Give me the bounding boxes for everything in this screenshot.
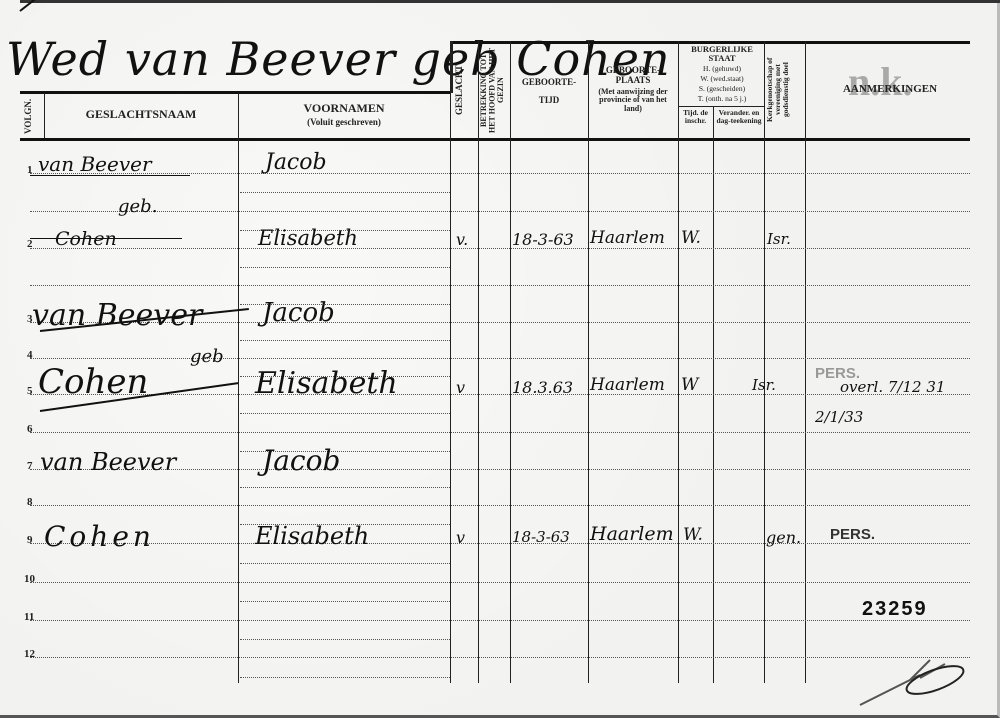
header-verander: Verander. en dag-teekening (714, 109, 764, 125)
entry-4-sex: v (456, 378, 465, 397)
header-geboorteplaats-2: PLAATS (590, 76, 676, 85)
voornamen-half-rule (240, 639, 450, 640)
col-line-geslacht (478, 41, 479, 683)
entry-5-surname: van Beever (40, 448, 176, 476)
header-kerkgenootschap: Kerkgenootschap of vereeniging met godsd… (766, 44, 804, 136)
row-rule (30, 582, 970, 583)
row-number-5: 5 (27, 385, 33, 397)
entry-4-birth-date: 18.3.63 (512, 378, 573, 397)
row-rule (30, 173, 970, 174)
header-burgerlijke-staat: BURGERLIJKE STAAT (680, 45, 764, 63)
header-aanmerkingen: AANMERKINGEN (810, 84, 970, 96)
row-number-8: 8 (27, 496, 33, 508)
entry-4-civil-status: W (681, 375, 698, 395)
row-number-4: 4 (27, 349, 33, 361)
voornamen-half-rule (240, 601, 450, 602)
voornamen-half-rule (240, 340, 450, 341)
card-top-edge (20, 0, 1000, 3)
voornamen-half-rule (240, 563, 450, 564)
row-number-10: 10 (24, 573, 35, 585)
row-rule (30, 248, 970, 249)
registration-card: Wed van Beever geb Cohen VOLGN. GESLACHT… (0, 0, 1000, 718)
entry-6-civil-status: W. (683, 525, 703, 545)
row-number-6: 6 (27, 423, 33, 435)
header-bottom-line (20, 138, 970, 141)
row-rule (30, 543, 970, 544)
col-line-volgn (44, 93, 45, 138)
entry-4-birth-place: Haarlem (590, 375, 665, 395)
row-rule (30, 211, 970, 212)
row-number-7: 7 (27, 460, 33, 472)
entry-6-birth-place: Haarlem (590, 523, 674, 545)
row-rule (30, 358, 970, 359)
entry-6-birth-date: 18-3-63 (512, 528, 570, 546)
entry-6-given: Elisabeth (255, 522, 369, 550)
entry-2-birth-place: Haarlem (590, 228, 665, 248)
row-number-2: 2 (27, 238, 33, 250)
entry-1-strike (30, 175, 190, 176)
col-line-tijd (713, 107, 714, 683)
voornamen-half-rule (240, 192, 450, 193)
row-number-9: 9 (27, 534, 33, 546)
entry-4-prefix: geb (190, 346, 224, 367)
header-geboortetijd-2: TIJD (512, 96, 586, 105)
entry-2-sex: v. (456, 230, 468, 249)
row-rule (30, 285, 970, 286)
header-betrekking: BETREKKING TOT HET HOOFD VAN HET GEZIN (480, 44, 508, 136)
header-voornamen: VOORNAMEN (240, 102, 448, 115)
header-geslacht: GESLACHT (455, 50, 475, 130)
col-line-geboorteplaats (678, 41, 679, 683)
header-geslachtsnaam: GESLACHTSNAAM (46, 108, 236, 121)
row-rule (30, 394, 970, 395)
entry-2-given: Elisabeth (258, 226, 358, 250)
header-step-line (450, 41, 453, 93)
entry-6-surname: Cohen (44, 520, 155, 553)
entry-2-civil-status: W. (681, 228, 701, 248)
col-line-geboortetijd (588, 41, 589, 683)
card-number: 23259 (862, 598, 928, 621)
row-rule (30, 620, 970, 621)
voornamen-bottom-rule (240, 677, 450, 678)
entry-2-strike (30, 238, 182, 239)
header-bs-s: S. (gescheiden) (680, 85, 764, 93)
row-number-12: 12 (24, 648, 35, 660)
header-bs-w: W. (wed.staat) (680, 75, 764, 83)
header-top-line-left (20, 91, 450, 94)
stamp-pers: PERS. (830, 526, 875, 543)
entry-6-religion: gen. (766, 528, 801, 547)
entry-2-prefix: geb. (118, 196, 157, 217)
header-voornamen-sub: (Voluit geschreven) (240, 118, 448, 127)
row-rule (30, 505, 970, 506)
row-rule (30, 657, 970, 658)
entry-4-given: Elisabeth (255, 366, 398, 401)
header-geboorteplaats-sub: (Met aanwijzing der provincie of van het… (592, 88, 674, 113)
entry-2-surname: Cohen (55, 228, 117, 250)
col-line-voornamen (450, 93, 451, 683)
voornamen-half-rule (240, 413, 450, 414)
entry-4-remark: overl. 7/12 31 (840, 378, 945, 396)
entry-1-surname: van Beever (38, 152, 152, 176)
col-line-geslachtsnaam (238, 93, 239, 683)
entry-3-given: Jacob (262, 298, 335, 328)
entry-1-given: Jacob (265, 150, 327, 175)
entry-4-remark-2: 2/1/33 (815, 408, 863, 426)
header-bs-h: H. (gehuwd) (680, 65, 764, 73)
entry-4-religion: Isr. (752, 376, 776, 394)
col-line-burgerlijke-staat (764, 41, 765, 683)
entry-2-birth-date: 18-3-63 (512, 230, 574, 249)
header-volgn: VOLGN. (24, 96, 42, 136)
col-line-betrekking (510, 41, 511, 683)
stamp-nk: n.k. (848, 58, 913, 105)
entry-2-religion: Isr. (767, 230, 791, 248)
header-tijd-inschr: Tijd. de inschr. (679, 109, 712, 125)
voornamen-half-rule (240, 267, 450, 268)
header-geboortetijd-1: GEBOORTE- (512, 78, 586, 87)
signature-mark (850, 650, 970, 710)
header-bs-t: T. (onth. na 5 j.) (680, 95, 764, 103)
bs-sub-divider (678, 106, 764, 107)
entry-5-given: Jacob (262, 444, 340, 477)
entry-6-sex: v (456, 528, 465, 547)
row-number-11: 11 (24, 611, 34, 623)
row-rule (30, 432, 970, 433)
col-line-kerk (805, 41, 806, 683)
voornamen-half-rule (240, 487, 450, 488)
